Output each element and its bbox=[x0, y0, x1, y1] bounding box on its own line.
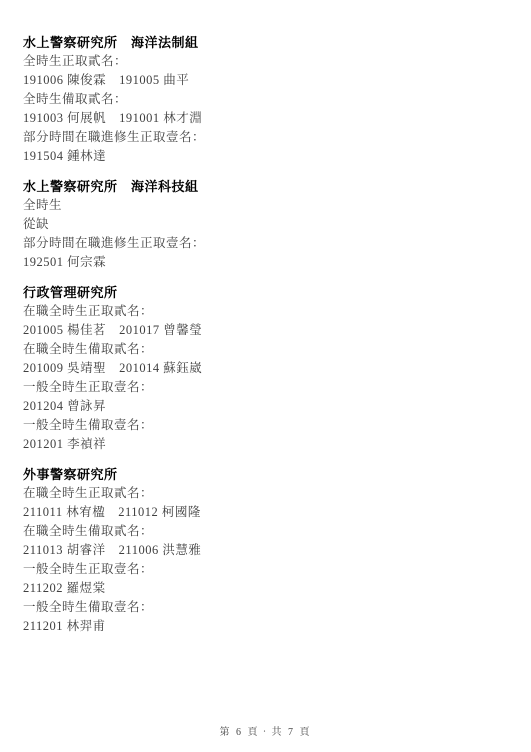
section-administration-institute: 行政管理研究所 在職全時生正取貳名： 201005 楊佳茗 201017 曾馨瑩… bbox=[23, 283, 513, 454]
result-line: 在職全時生備取貳名： bbox=[23, 522, 513, 541]
result-line: 192501 何宗霖 bbox=[23, 253, 513, 272]
section-foreign-affairs-institute: 外事警察研究所 在職全時生正取貳名： 211011 林宥楹 211012 柯國隆… bbox=[23, 465, 513, 636]
result-line: 全時生備取貳名： bbox=[23, 90, 513, 109]
result-line: 部分時間在職進修生正取壹名： bbox=[23, 234, 513, 253]
section-title: 水上警察研究所 海洋法制組 bbox=[23, 33, 513, 52]
result-line: 在職全時生備取貳名： bbox=[23, 340, 513, 359]
result-line: 在職全時生正取貳名： bbox=[23, 484, 513, 503]
section-title: 行政管理研究所 bbox=[23, 283, 513, 302]
result-line: 211201 林羿甫 bbox=[23, 617, 513, 636]
result-line: 201201 李禎祥 bbox=[23, 435, 513, 454]
result-line: 一般全時生備取壹名： bbox=[23, 598, 513, 617]
result-line: 191003 何展帆 191001 林才淵 bbox=[23, 109, 513, 128]
result-line: 全時生正取貳名： bbox=[23, 52, 513, 71]
result-line: 部分時間在職進修生正取壹名： bbox=[23, 128, 513, 147]
section-maritime-tech-division: 水上警察研究所 海洋科技組 全時生 從缺 部分時間在職進修生正取壹名： 1925… bbox=[23, 177, 513, 272]
result-line: 201009 吳靖聖 201014 蘇鈺崴 bbox=[23, 359, 513, 378]
section-title: 外事警察研究所 bbox=[23, 465, 513, 484]
document-page: 水上警察研究所 海洋法制組 全時生正取貳名： 191006 陳俊霖 191005… bbox=[0, 0, 531, 752]
result-line: 211202 羅煜棠 bbox=[23, 579, 513, 598]
page-content: 水上警察研究所 海洋法制組 全時生正取貳名： 191006 陳俊霖 191005… bbox=[23, 33, 513, 647]
result-line: 211011 林宥楹 211012 柯國隆 bbox=[23, 503, 513, 522]
result-line: 全時生 bbox=[23, 196, 513, 215]
result-line: 一般全時生備取壹名： bbox=[23, 416, 513, 435]
section-maritime-law-division: 水上警察研究所 海洋法制組 全時生正取貳名： 191006 陳俊霖 191005… bbox=[23, 33, 513, 166]
result-line: 201005 楊佳茗 201017 曾馨瑩 bbox=[23, 321, 513, 340]
result-line: 在職全時生正取貳名： bbox=[23, 302, 513, 321]
result-line: 一般全時生正取壹名： bbox=[23, 378, 513, 397]
result-line: 191504 鍾林達 bbox=[23, 147, 513, 166]
result-line: 一般全時生正取壹名： bbox=[23, 560, 513, 579]
result-line: 201204 曾詠昇 bbox=[23, 397, 513, 416]
result-line: 從缺 bbox=[23, 215, 513, 234]
section-title: 水上警察研究所 海洋科技組 bbox=[23, 177, 513, 196]
page-number-footer: 第 6 頁‧共 7 頁 bbox=[0, 727, 531, 739]
result-line: 191006 陳俊霖 191005 曲平 bbox=[23, 71, 513, 90]
result-line: 211013 胡睿洋 211006 洪慧雅 bbox=[23, 541, 513, 560]
